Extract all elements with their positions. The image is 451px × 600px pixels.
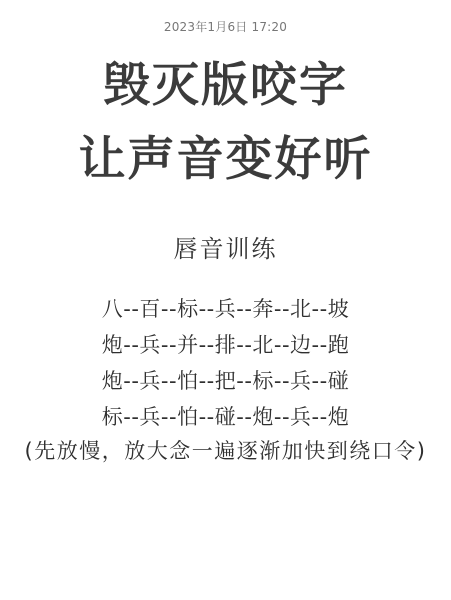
drill-line-1: 八--百--标--兵--奔--北--坡: [0, 294, 451, 324]
drill-line-2: 炮--兵--并--排--北--边--跑: [0, 330, 451, 360]
section-heading: 唇音训练: [0, 232, 451, 266]
drill-line-3: 炮--兵--怕--把--标--兵--碰: [0, 366, 451, 396]
page-title-line-1: 毁灭版咬字: [0, 58, 451, 114]
post-timestamp: 2023年1月6日 17:20: [0, 18, 451, 35]
drill-line-4: 标--兵--怕--碰--炮--兵--炮: [0, 402, 451, 432]
page-title-line-2: 让声音变好听: [0, 132, 451, 188]
practice-note: (先放慢，放大念一遍逐渐加快到绕口令): [0, 436, 451, 466]
